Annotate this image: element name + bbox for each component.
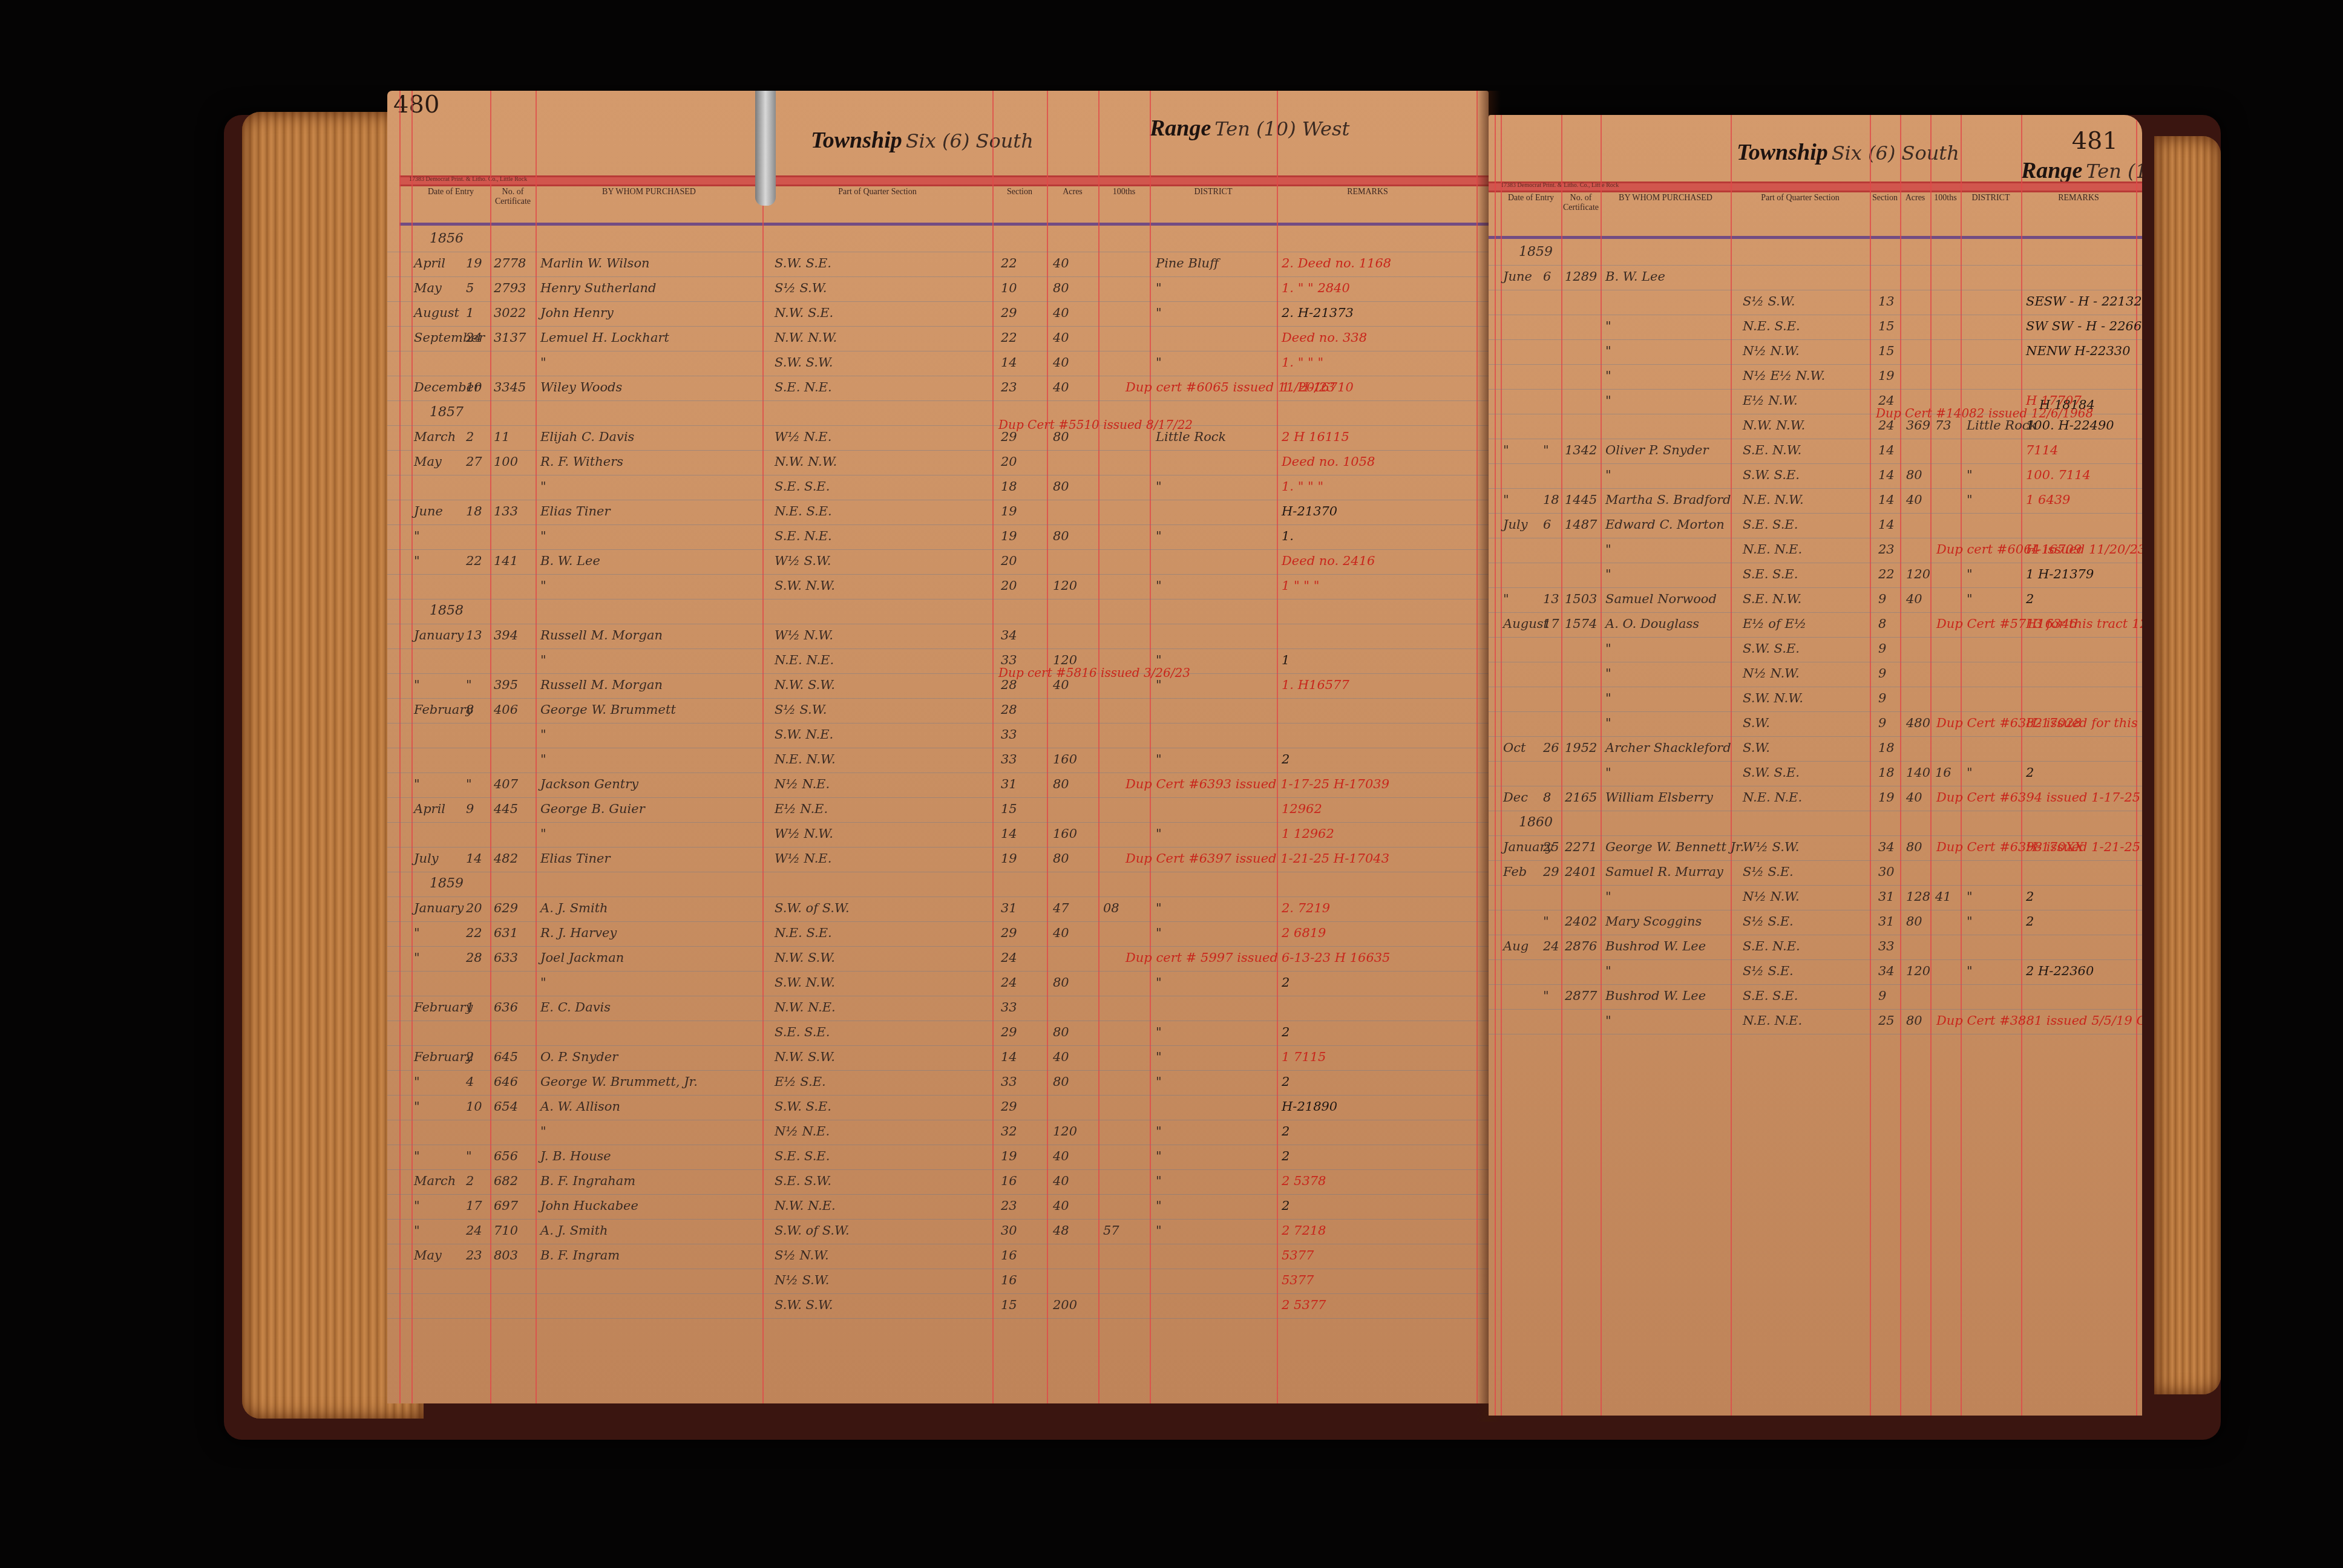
entry-day: 17 (466, 1198, 482, 1213)
quarter-section-part: S.E. N.E. (1743, 939, 1800, 953)
quarter-section-part: N½ N.W. (1743, 889, 1800, 904)
column-header-acres: Acres (1900, 194, 1930, 203)
entry-day: 13 (1543, 592, 1559, 606)
certificate-number: 803 (494, 1248, 518, 1263)
ledger-entry-row: "28633Joel JackmanN.W. S.W.24Dup cert # … (387, 948, 1489, 972)
section-number: 15 (1878, 319, 1895, 333)
certificate-number: 697 (494, 1198, 518, 1213)
ledger-entry-row: "N.E. S.E.15SW SW - H - 22669 (1489, 316, 2142, 340)
section-number: 10 (1001, 281, 1017, 295)
acres-value: 140 (1906, 765, 1930, 780)
ledger-entry-row: September243137Lemuel H. LockhartN.W. N.… (387, 328, 1489, 351)
quarter-section-part: S.W. N.W. (775, 578, 835, 593)
purchaser-name: Joel Jackman (540, 950, 624, 965)
acres-value: 80 (1053, 1074, 1069, 1089)
column-header-cert: No. of Certificate (1561, 194, 1601, 213)
quarter-section-part: S.W. S.E. (1743, 641, 1800, 656)
certificate-number: 133 (494, 504, 518, 518)
entry-month: " (414, 1074, 420, 1089)
purchaser-name: " (1605, 344, 1611, 358)
purchaser-name: Archer Shackleford (1605, 740, 1731, 755)
section-number: 23 (1001, 380, 1017, 394)
remarks-value: Deed no. 2416 (1282, 554, 1375, 568)
purchaser-name: George B. Guier (540, 802, 645, 816)
remarks-value: SW SW - H - 22669 (2026, 319, 2142, 333)
ledger-entry-row: Oct261952Archer ShacklefordS.W.18 (1489, 738, 2142, 762)
quarter-section-part: S.W. N.W. (775, 975, 835, 990)
column-header-hundredths: 100ths (1930, 194, 1961, 203)
entry-day: " (466, 777, 472, 791)
township-value: Six (6) South (906, 129, 1034, 152)
entry-year: 1858 (430, 603, 464, 618)
column-header-district: DISTRICT (1961, 194, 2021, 203)
quarter-section-part: S.E. S.E. (1743, 567, 1798, 581)
entry-day: 4 (466, 1074, 474, 1089)
header-rule (1489, 236, 2142, 239)
entry-day: 5 (466, 281, 474, 295)
purchaser-name: Jackson Gentry (540, 777, 638, 791)
quarter-section-part: N.E. N.E. (1743, 542, 1802, 557)
section-number: 22 (1001, 256, 1017, 270)
purchaser-name: Elias Tiner (540, 851, 610, 866)
quarter-section-part: S.W. S.W. (775, 355, 833, 370)
remarks-value: 2 (1282, 752, 1289, 766)
acres-value: 40 (1906, 790, 1922, 805)
entry-month: May (414, 1248, 442, 1263)
ledger-entry-row: "N½ N.W.3112841"2 (1489, 887, 2142, 910)
acres-value: 80 (1053, 479, 1069, 494)
section-number: 29 (1001, 305, 1017, 320)
page-number: 481 (2072, 127, 2118, 155)
ledger-entry-row: "17697John HuckabeeN.W. N.E.2340"2 (387, 1196, 1489, 1220)
section-number: 9 (1878, 592, 1886, 606)
purchaser-name: " (1605, 889, 1611, 904)
section-number: 14 (1878, 468, 1895, 482)
district-value: " (1156, 305, 1162, 320)
ledger-entry-row: April192778Marlin W. WilsonS.W. S.E.2240… (387, 253, 1489, 277)
section-number: 14 (1001, 355, 1017, 370)
quarter-section-part: N.E. S.E. (775, 926, 832, 940)
district-value: " (1156, 1050, 1162, 1064)
district-value: " (1156, 1198, 1162, 1213)
district-value: " (1156, 578, 1162, 593)
quarter-section-part: E½ N.E. (775, 802, 828, 816)
column-header-acres: Acres (1047, 188, 1098, 197)
quarter-section-part: S.E. S.E. (1743, 988, 1798, 1003)
purchaser-name: " (1605, 468, 1611, 482)
section-number: 31 (1878, 914, 1895, 929)
ledger-entry-row: "N.E. N.E.23Dup cert #6064 issued 11/20/… (1489, 540, 2142, 563)
ledger-entry-row: January20629A. J. SmithS.W. of S.W.31470… (387, 898, 1489, 922)
ledger-entry-row: "N½ E½ N.W.19 (1489, 366, 2142, 390)
quarter-section-part: S½ S.W. (775, 281, 827, 295)
entry-month: March (414, 1174, 456, 1188)
ledger-entry-row: "24710A. J. SmithS.W. of S.W.304857"2 72… (387, 1221, 1489, 1244)
acres-value: 40 (1053, 1174, 1069, 1188)
purchaser-name: " (1605, 319, 1611, 333)
acres-value: 128 (1906, 889, 1930, 904)
certificate-number: 3137 (494, 330, 526, 345)
ledger-entry-row: Aug242876Bushrod W. LeeS.E. N.E.33 (1489, 936, 2142, 960)
certificate-number: 631 (494, 926, 518, 940)
purchaser-name: John Henry (540, 305, 614, 320)
remarks-value: 6-13-23 H 16635 (1282, 950, 1390, 965)
quarter-section-part: S½ S.W. (775, 702, 827, 717)
purchaser-name: " (1605, 666, 1611, 681)
section-number: 19 (1878, 790, 1895, 805)
certificate-number: 2793 (494, 281, 526, 295)
metal-bookmark-clip (755, 91, 776, 206)
quarter-section-part: S.W. S.E. (775, 256, 831, 270)
remarks-value: 2 5378 (1282, 1174, 1326, 1188)
section-number: 19 (1878, 368, 1895, 383)
district-value: " (1156, 1124, 1162, 1138)
purchaser-name: William Elsberry (1605, 790, 1713, 805)
district-value: Dup Cert #6393 issued 1-17-25 H-17039 (1126, 777, 1389, 791)
quarter-section-part: S.W. S.E. (1743, 765, 1800, 780)
section-number: 15 (1878, 344, 1895, 358)
certificate-number: 2402 (1565, 914, 1597, 929)
column-header-hundredths: 100ths (1098, 188, 1150, 197)
remarks-value: SESW - H - 22132 (2026, 294, 2142, 309)
entry-year: 1859 (430, 876, 464, 891)
section-number: 23 (1001, 1198, 1017, 1213)
section-number: 29 (1001, 1025, 1017, 1039)
purchaser-name: " (540, 653, 546, 667)
ledger-entry-row: "131503Samuel NorwoodS.E. N.W.940"2 (1489, 589, 2142, 613)
purchaser-name: A. O. Douglass (1605, 616, 1699, 631)
purchaser-name: B. W. Lee (540, 554, 600, 568)
entry-day: 10 (466, 1099, 482, 1114)
remarks-value: 1. " " 2840 (1282, 281, 1350, 295)
section-number: 13 (1878, 294, 1895, 309)
hundredths-value: 57 (1103, 1223, 1119, 1238)
acres-value: 40 (1053, 330, 1069, 345)
remarks-value: H-21890 (1282, 1099, 1337, 1114)
entry-day: 19 (466, 256, 482, 270)
acres-value: 120 (1906, 964, 1930, 978)
remarks-value: 2 (1282, 1198, 1289, 1213)
ledger-entry-row: S½ S.W.13SESW - H - 22132 (1489, 292, 2142, 315)
district-value: " (1156, 355, 1162, 370)
section-number: 30 (1878, 864, 1895, 879)
remarks-value: H-17028 (2026, 716, 2082, 730)
entry-day: 29 (1543, 864, 1559, 879)
column-header-remarks: REMARKS (1277, 188, 1458, 197)
purchaser-name: " (540, 529, 546, 543)
section-number: 19 (1001, 529, 1017, 543)
purchaser-name: Mary Scoggins (1605, 914, 1702, 929)
section-number: 29 (1001, 1099, 1017, 1114)
district-value: " (1156, 1149, 1162, 1163)
quarter-section-part: N.W. S.W. (775, 1050, 835, 1064)
ledger-entry-row: May27100R. F. WithersN.W. N.W.20Deed no.… (387, 452, 1489, 475)
purchaser-name: " (1605, 1013, 1611, 1028)
hundredths-value: 41 (1935, 889, 1951, 904)
entry-day: 1 (466, 305, 474, 320)
ledger-entry-row: "N.E. N.E.33120"1 (387, 650, 1489, 674)
entry-day: " (1543, 914, 1549, 929)
purchaser-name: Bushrod W. Lee (1605, 988, 1706, 1003)
certificate-number: 2877 (1565, 988, 1597, 1003)
remarks-value: 2 H-22360 (2026, 964, 2094, 978)
certificate-number: 11 (494, 430, 510, 444)
acres-value: 120 (1053, 1124, 1077, 1138)
entry-day: 24 (1543, 939, 1559, 953)
ledger-entry-row: "22141B. W. LeeW½ S.W.20Deed no. 2416 (387, 551, 1489, 575)
open-ledger-book: 480 TownshipSix (6) South RangeTen (10) … (206, 91, 2239, 1434)
purchaser-name: R. F. Withers (540, 454, 623, 469)
remarks-value: 2 (2026, 765, 2034, 780)
section-number: 8 (1878, 616, 1886, 631)
quarter-section-part: N½ S.W. (775, 1273, 829, 1287)
entry-month: Feb (1503, 864, 1527, 879)
ledger-entry-row: "S.W. N.W.9 (1489, 688, 2142, 712)
ledger-entry-row: May23803B. F. IngramS½ N.W.165377 (387, 1246, 1489, 1269)
purchaser-name: R. J. Harvey (540, 926, 617, 940)
purchaser-name: Wiley Woods (540, 380, 622, 394)
remarks-value: 7114 (2026, 443, 2058, 457)
purchaser-name: " (540, 727, 546, 742)
section-number: 15 (1001, 1298, 1017, 1312)
entry-day: 26 (1543, 740, 1559, 755)
certificate-number: 645 (494, 1050, 518, 1064)
ledger-entry-row: ""395Russell M. MorganN.W. S.W.2840"1. H… (387, 675, 1489, 699)
ledger-entry-row: "S.W. N.W.20120"1 " " " (387, 576, 1489, 599)
ledger-entry-row: N.W. N.W.2436973Little Rock100. H-22490D… (1489, 416, 2142, 439)
acres-value: 40 (1906, 592, 1922, 606)
quarter-section-part: S.E. N.E. (775, 529, 832, 543)
purchaser-name: J. B. House (540, 1149, 611, 1163)
remarks-value: 2 (2026, 592, 2034, 606)
quarter-section-part: W½ S.W. (1743, 840, 1800, 854)
remarks-value: 12962 (1282, 802, 1322, 816)
purchaser-name: " (540, 1124, 546, 1138)
entry-month: February (414, 1000, 473, 1014)
purchaser-name: " (540, 975, 546, 990)
remarks-annotation: Dup Cert #5510 issued 8/17/22 (998, 417, 1193, 432)
district-value: " (1156, 926, 1162, 940)
year-row: 1859 (1489, 242, 2142, 266)
section-number: 24 (1001, 950, 1017, 965)
remarks-value: 1 6439 (2026, 492, 2070, 507)
entry-day: 22 (466, 554, 482, 568)
section-number: 29 (1001, 926, 1017, 940)
township-label: Township (811, 128, 902, 153)
ledger-entry-row: February2645O. P. SnyderN.W. S.W.1440"1 … (387, 1047, 1489, 1071)
ledger-entry-row: Feb292401Samuel R. MurrayS½ S.E.30 (1489, 862, 2142, 886)
certificate-number: 629 (494, 901, 518, 915)
column-header-part: Part of Quarter Section (762, 188, 992, 197)
certificate-number: 2271 (1565, 840, 1597, 854)
quarter-section-part: S.W. S.W. (775, 1298, 833, 1312)
quarter-section-part: S½ S.E. (1743, 864, 1794, 879)
column-header-cert: No. of Certificate (490, 188, 536, 207)
ledger-entry-row: June18133Elias TinerN.E. S.E.19H-21370 (387, 501, 1489, 525)
purchaser-name: Bushrod W. Lee (1605, 939, 1706, 953)
ledger-entry-row: December103345Wiley WoodsS.E. N.E.2340Du… (387, 377, 1489, 401)
purchaser-name: " (540, 355, 546, 370)
acres-value: 80 (1906, 840, 1922, 854)
section-number: 22 (1878, 567, 1895, 581)
column-header-date: Date of Entry (1501, 194, 1561, 203)
quarter-section-part: N.W. N.E. (775, 1198, 836, 1213)
section-number: 20 (1001, 554, 1017, 568)
certificate-number: 1445 (1565, 492, 1597, 507)
section-number: 16 (1001, 1248, 1017, 1263)
section-number: 33 (1001, 727, 1017, 742)
section-number: 14 (1878, 517, 1895, 532)
year-row: 1857 (387, 402, 1489, 426)
ledger-entry-row: ""656J. B. HouseS.E. S.E.1940"2 (387, 1146, 1489, 1170)
acres-value: 80 (1906, 468, 1922, 482)
certificate-number: 1952 (1565, 740, 1597, 755)
certificate-number: 395 (494, 678, 518, 692)
quarter-section-part: S.E. N.E. (775, 380, 832, 394)
entry-day: 2 (466, 1174, 474, 1188)
district-value: " (1156, 901, 1162, 915)
quarter-section-part: W½ N.W. (775, 628, 833, 642)
ledger-page-right: 481 TownshipSix (6) South RangeTen (10) … (1489, 115, 2142, 1416)
quarter-section-part: S.W. (1743, 740, 1770, 755)
purchaser-name: " (1605, 716, 1611, 730)
purchaser-name: B. W. Lee (1605, 269, 1665, 284)
entry-month: " (414, 1223, 420, 1238)
quarter-section-part: E½ N.W. (1743, 393, 1798, 408)
remarks-value: 2 (2026, 914, 2034, 929)
district-value: " (1156, 281, 1162, 295)
remarks-value: H16346 (2026, 616, 2077, 631)
entry-day: 8 (1543, 790, 1551, 805)
section-number: 22 (1001, 330, 1017, 345)
purchaser-name: " (1605, 542, 1611, 557)
quarter-section-part: S.W. N.W. (1743, 691, 1803, 705)
district-value: " (1156, 1174, 1162, 1188)
remarks-value: 2 6819 (1282, 926, 1326, 940)
district-value: " (1967, 592, 1973, 606)
acres-value: 40 (1053, 256, 1069, 270)
district-value: " (1156, 529, 1162, 543)
hundredths-value: 16 (1935, 765, 1951, 780)
certificate-number: 1503 (1565, 592, 1597, 606)
quarter-section-part: N.W. N.W. (775, 454, 837, 469)
ledger-entry-row: "S.W.9480Dup Cert #6382 issued for this … (1489, 713, 2142, 737)
ledger-entry-row: "S.W. S.E.9 (1489, 639, 2142, 662)
remarks-value: 1 7115 (1282, 1050, 1326, 1064)
entry-day: 14 (466, 851, 482, 866)
certificate-number: 2778 (494, 256, 526, 270)
section-number: 33 (1001, 1000, 1017, 1014)
entry-day: " (466, 1149, 472, 1163)
purchaser-name: Elias Tiner (540, 504, 610, 518)
ledger-entry-row: "S.W. N.E.33 (387, 725, 1489, 748)
ledger-entry-row: S.E. S.E.2980"2 (387, 1022, 1489, 1046)
ledger-entry-row: "W½ N.W.14160"1 12962 (387, 824, 1489, 848)
quarter-section-part: E½ S.E. (775, 1074, 826, 1089)
section-number: 19 (1001, 504, 1017, 518)
quarter-section-part: S.W. S.E. (1743, 468, 1800, 482)
quarter-section-part: S½ S.E. (1743, 964, 1794, 978)
entry-day: 28 (466, 950, 482, 965)
ledger-entry-row: "N½ N.E.32120"2 (387, 1122, 1489, 1145)
remarks-value: 1 H-21379 (2026, 567, 2094, 581)
section-number: 9 (1878, 691, 1886, 705)
township-value: Six (6) South (1832, 142, 1959, 165)
remarks-value: 100. 7114 (2026, 468, 2091, 482)
ledger-entry-row: "S.W. S.E.1814016"2 (1489, 763, 2142, 786)
ledger-entry-row: August171574A. O. DouglassE½ of E½8Dup C… (1489, 614, 2142, 638)
acres-value: 80 (1906, 914, 1922, 929)
entry-year: 1859 (1519, 244, 1553, 260)
acres-value: 80 (1906, 1013, 1922, 1028)
certificate-number: 2401 (1565, 864, 1597, 879)
certificate-number: 654 (494, 1099, 518, 1114)
quarter-section-part: N.W. N.W. (1743, 418, 1805, 433)
section-number: 25 (1878, 1013, 1895, 1028)
entry-day: 24 (466, 330, 482, 345)
quarter-section-part: S.E. S.W. (775, 1174, 831, 1188)
quarter-section-part: N½ E½ N.W. (1743, 368, 1825, 383)
purchaser-name: " (1605, 368, 1611, 383)
acres-value: 48 (1053, 1223, 1069, 1238)
district-value: Dup cert # 5997 issued (1126, 950, 1278, 965)
purchaser-name: " (1605, 964, 1611, 978)
entry-month: January (414, 628, 464, 642)
district-value: Dup Cert #3881 issued 5/5/19 G.X. 285 (1936, 1013, 2142, 1028)
entry-day: 23 (466, 1248, 482, 1263)
hundredths-value: 08 (1103, 901, 1119, 915)
section-number: 18 (1001, 479, 1017, 494)
section-number: 18 (1878, 740, 1895, 755)
ledger-entry-row: January13394Russell M. MorganW½ N.W.34 (387, 626, 1489, 649)
remarks-value: 1 (1282, 653, 1289, 667)
entry-month: " (1503, 443, 1509, 457)
entry-day: 9 (466, 802, 474, 816)
column-header-remarks: REMARKS (2021, 194, 2136, 203)
acres-value: 80 (1053, 777, 1069, 791)
purchaser-name: Russell M. Morgan (540, 628, 663, 642)
remarks-value: 2 (1282, 1124, 1289, 1138)
quarter-section-part: S.E. N.W. (1743, 592, 1801, 606)
section-number: 19 (1001, 851, 1017, 866)
entry-month: May (414, 281, 442, 295)
ledger-entry-row: "10654A. W. AllisonS.W. S.E.29H-21890 (387, 1097, 1489, 1120)
entry-month: " (414, 926, 420, 940)
acres-value: 480 (1906, 716, 1930, 730)
ledger-entry-row: March211Elijah C. DavisW½ N.E.2980Little… (387, 427, 1489, 451)
entry-month: February (414, 1050, 473, 1064)
district-value: " (1967, 492, 1973, 507)
certificate-number: 633 (494, 950, 518, 965)
entry-month: August (1503, 616, 1548, 631)
ledger-entry-row: February1636E. C. DavisN.W. N.E.33 (387, 998, 1489, 1021)
certificate-number: 646 (494, 1074, 518, 1089)
remarks-value: 2 (1282, 1149, 1289, 1163)
district-value: " (1967, 567, 1973, 581)
entry-month: " (414, 1149, 420, 1163)
section-number: 30 (1001, 1223, 1017, 1238)
ledger-entry-row: "S.E. S.E.1880"1. " " " (387, 477, 1489, 500)
certificate-number: 710 (494, 1223, 518, 1238)
column-header-date: Date of Entry (411, 188, 490, 197)
entry-day: 22 (466, 926, 482, 940)
entry-month: June (414, 504, 443, 518)
remarks-annotation: H 18184 (2039, 397, 2095, 412)
entry-month: " (414, 777, 420, 791)
ledger-entry-row: January252271George W. Bennett Jr.W½ S.W… (1489, 837, 2142, 861)
entry-year: 1860 (1519, 815, 1553, 830)
purchaser-name: Martha S. Bradford (1605, 492, 1731, 507)
